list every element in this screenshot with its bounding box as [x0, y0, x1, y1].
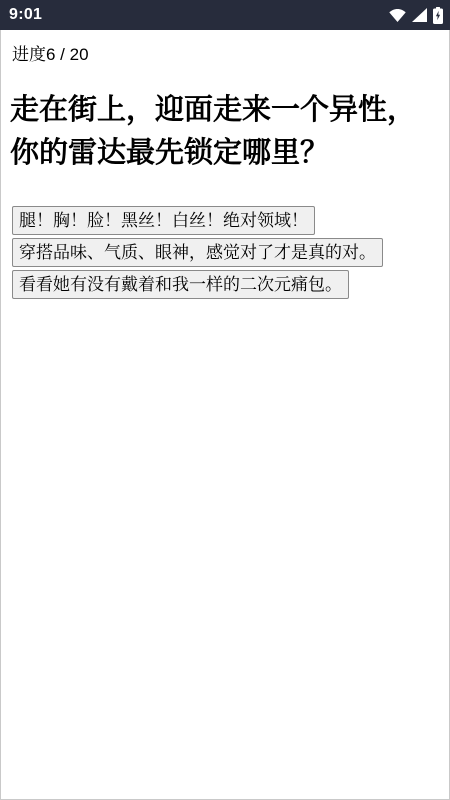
answer-option-2[interactable]: 穿搭品味、气质、眼神，感觉对了才是真的对。: [12, 238, 383, 267]
question-text: 走在街上，迎面走来一个异性，你的雷达最先锁定哪里？: [10, 89, 440, 175]
status-clock: 9:01: [9, 6, 42, 24]
wifi-icon: [389, 9, 406, 22]
answer-option-3[interactable]: 看看她有没有戴着和我一样的二次元痛包。: [12, 270, 349, 299]
battery-charging-icon: [433, 7, 443, 24]
answer-option-1[interactable]: 腿！胸！脸！黑丝！白丝！绝对领域！: [12, 206, 315, 235]
app-screen: 9:01 进度6 / 20 走在街上，迎面走来一: [0, 0, 450, 800]
status-icons: [389, 7, 443, 24]
status-bar: 9:01: [0, 0, 450, 30]
quiz-page: 进度6 / 20 走在街上，迎面走来一个异性，你的雷达最先锁定哪里？ 腿！胸！脸…: [0, 30, 450, 800]
cellular-signal-icon: [412, 8, 427, 22]
progress-label: 进度6 / 20: [12, 44, 440, 65]
answer-options: 腿！胸！脸！黑丝！白丝！绝对领域！ 穿搭品味、气质、眼神，感觉对了才是真的对。 …: [10, 206, 440, 299]
